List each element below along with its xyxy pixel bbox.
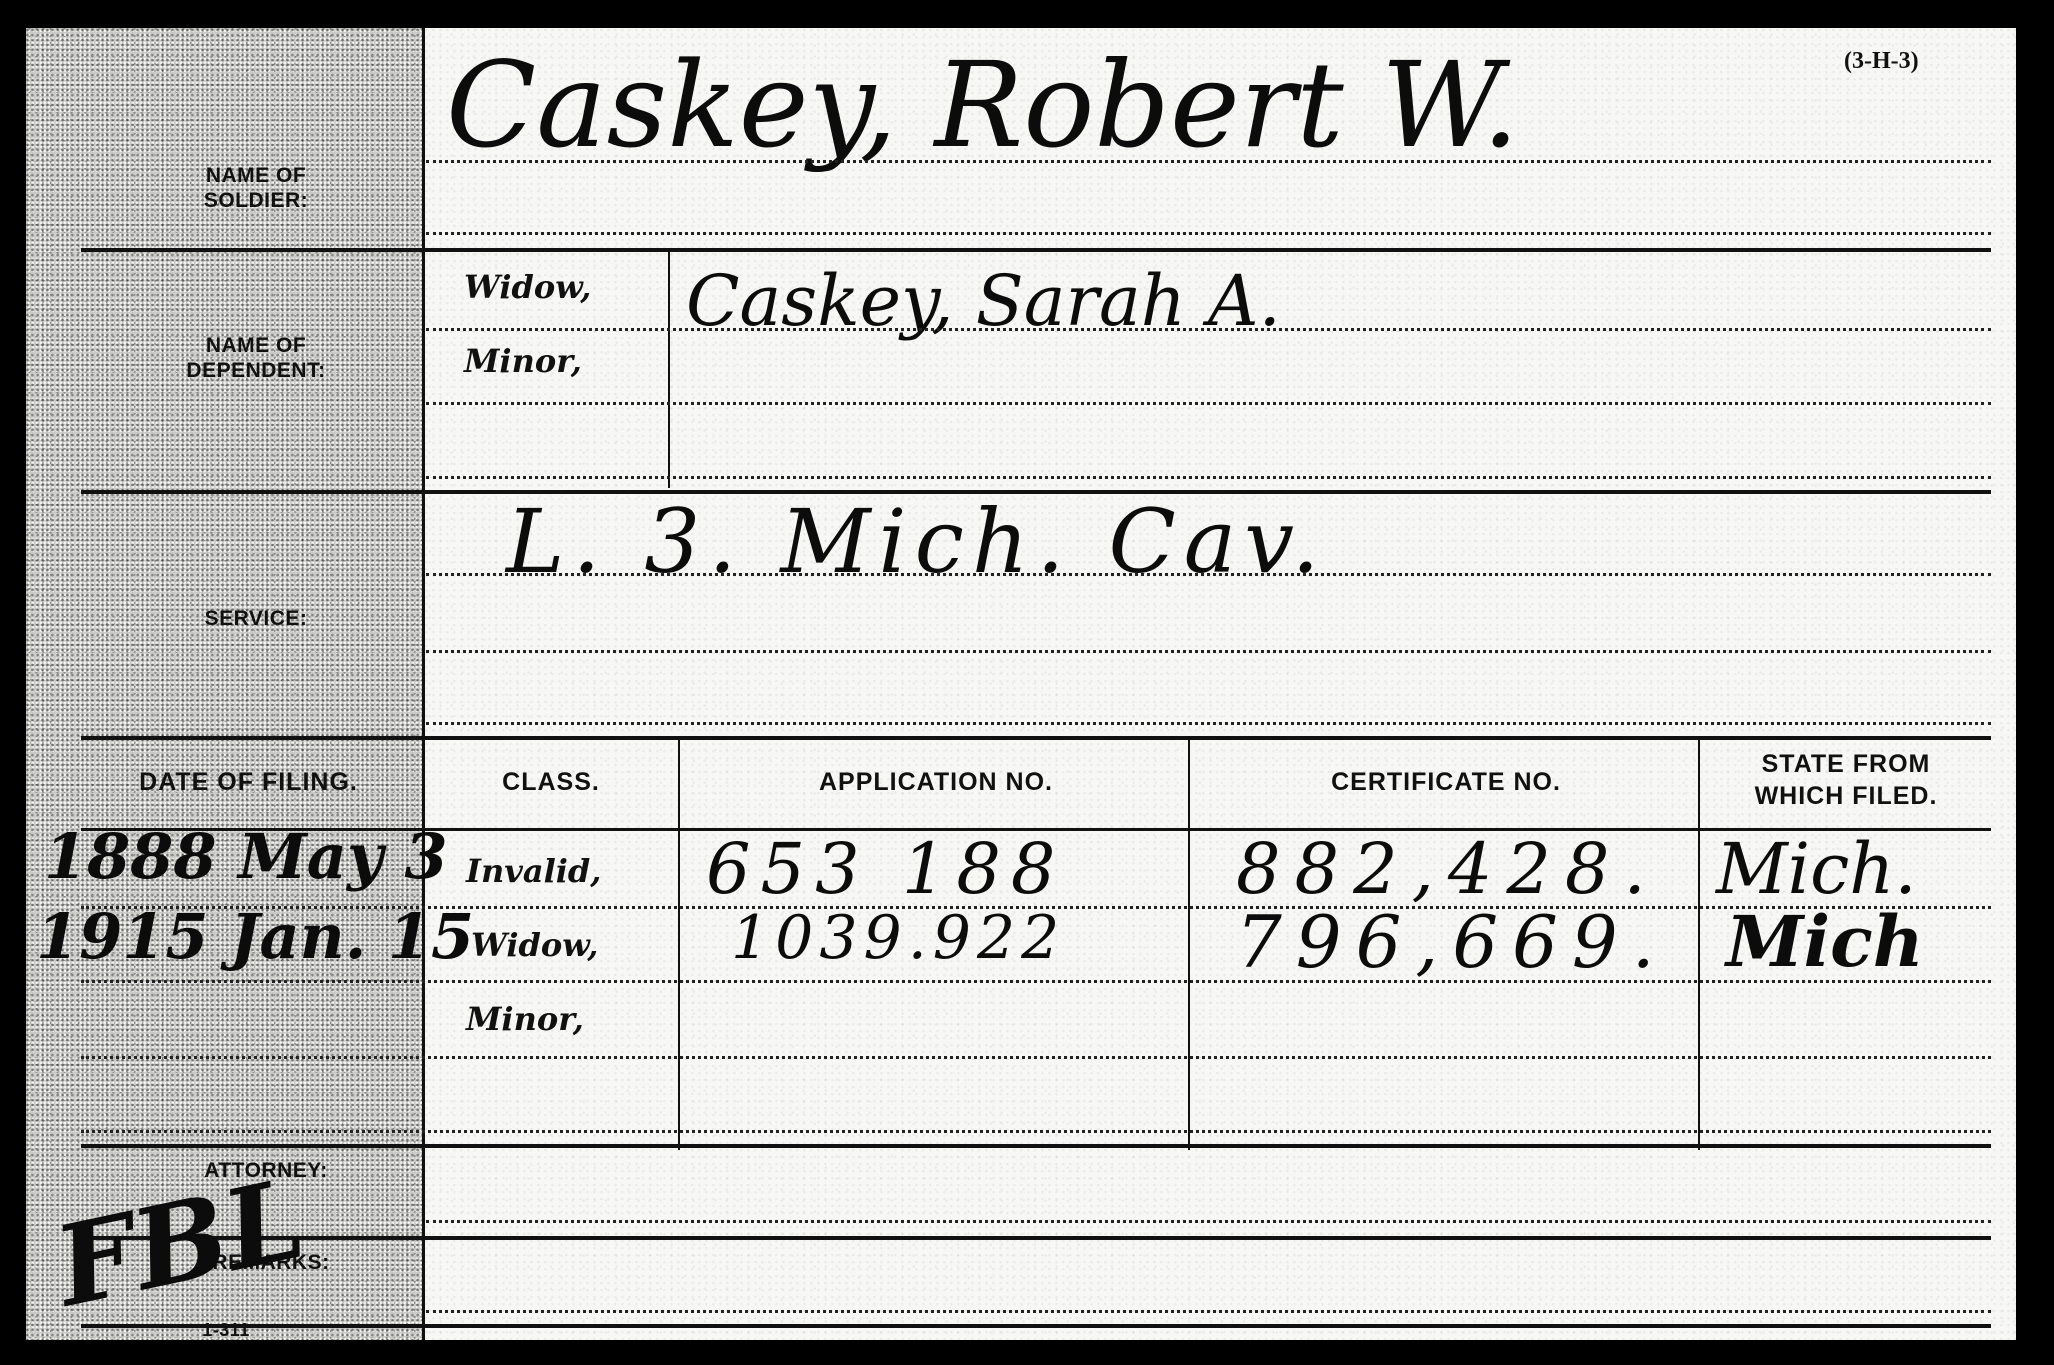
widow-label: Widow, [464, 268, 591, 306]
dotted-rule [81, 1056, 1991, 1059]
row3-class: Minor, [466, 1000, 584, 1038]
section-rule [81, 1144, 1991, 1148]
row2-date: 1915 Jan. 15 [36, 900, 474, 973]
section-rule [81, 736, 1991, 740]
dotted-rule [426, 160, 1991, 163]
service-value: L. 3. Mich. Cav. [506, 490, 1328, 593]
dependent-divider [668, 252, 670, 488]
row2-certificate: 796,669. [1236, 900, 1669, 984]
dotted-rule [426, 402, 1991, 405]
form-code: (3-H-3) [1844, 48, 1919, 75]
soldier-name-value: Caskey, Robert W. [446, 36, 1519, 174]
header-certificate-no: CERTIFICATE NO. [1191, 766, 1701, 798]
row2-state: Mich [1726, 900, 1924, 983]
row2-class: Widow, [471, 926, 598, 964]
dotted-rule [426, 476, 1991, 479]
header-state-from-which-filed: STATE FROM WHICH FILED. [1701, 748, 1991, 812]
soldier-label: NAME OF SOLDIER: [156, 163, 356, 213]
section-rule [81, 248, 1991, 252]
minor-label: Minor, [464, 342, 582, 380]
header-application-no: APPLICATION NO. [681, 766, 1191, 798]
footer-code: 1-311 [166, 1318, 286, 1343]
dotted-rule [426, 1220, 1991, 1223]
row1-application: 653 188 [706, 828, 1065, 910]
header-date-of-filing: DATE OF FILING. [76, 766, 421, 798]
table-divider [1188, 740, 1190, 1150]
dotted-rule [426, 722, 1991, 725]
section-rule [81, 1236, 1991, 1240]
soldier-label-line1: NAME OF [156, 163, 356, 188]
table-divider [1698, 740, 1700, 1150]
dependent-label: NAME OF DEPENDENT: [121, 333, 391, 383]
row1-date: 1888 May 3 [44, 820, 448, 893]
dotted-rule [426, 650, 1991, 653]
row1-certificate: 882,428. [1236, 828, 1660, 910]
header-state-line1: STATE FROM [1701, 748, 1991, 780]
row2-application: 1039.922 [731, 903, 1065, 973]
dotted-rule [81, 980, 1991, 983]
dotted-rule [426, 328, 1991, 331]
row1-state: Mich. [1716, 828, 1917, 910]
header-class: CLASS. [426, 766, 676, 798]
soldier-label-line2: SOLDIER: [156, 188, 356, 213]
dotted-rule [426, 573, 1991, 576]
dotted-rule [81, 1130, 1991, 1133]
section-rule [81, 1324, 1991, 1328]
table-divider [678, 740, 680, 1150]
service-label: SERVICE: [156, 606, 356, 631]
dotted-rule [426, 232, 1991, 235]
pension-index-card: (3-H-3) NAME OF SOLDIER: Caskey, Robert … [26, 28, 2016, 1340]
dependent-label-line1: NAME OF [121, 333, 391, 358]
header-state-line2: WHICH FILED. [1701, 780, 1991, 812]
dependent-label-line2: DEPENDENT: [121, 358, 391, 383]
row1-class: Invalid, [466, 852, 601, 890]
dotted-rule [426, 1310, 1991, 1313]
